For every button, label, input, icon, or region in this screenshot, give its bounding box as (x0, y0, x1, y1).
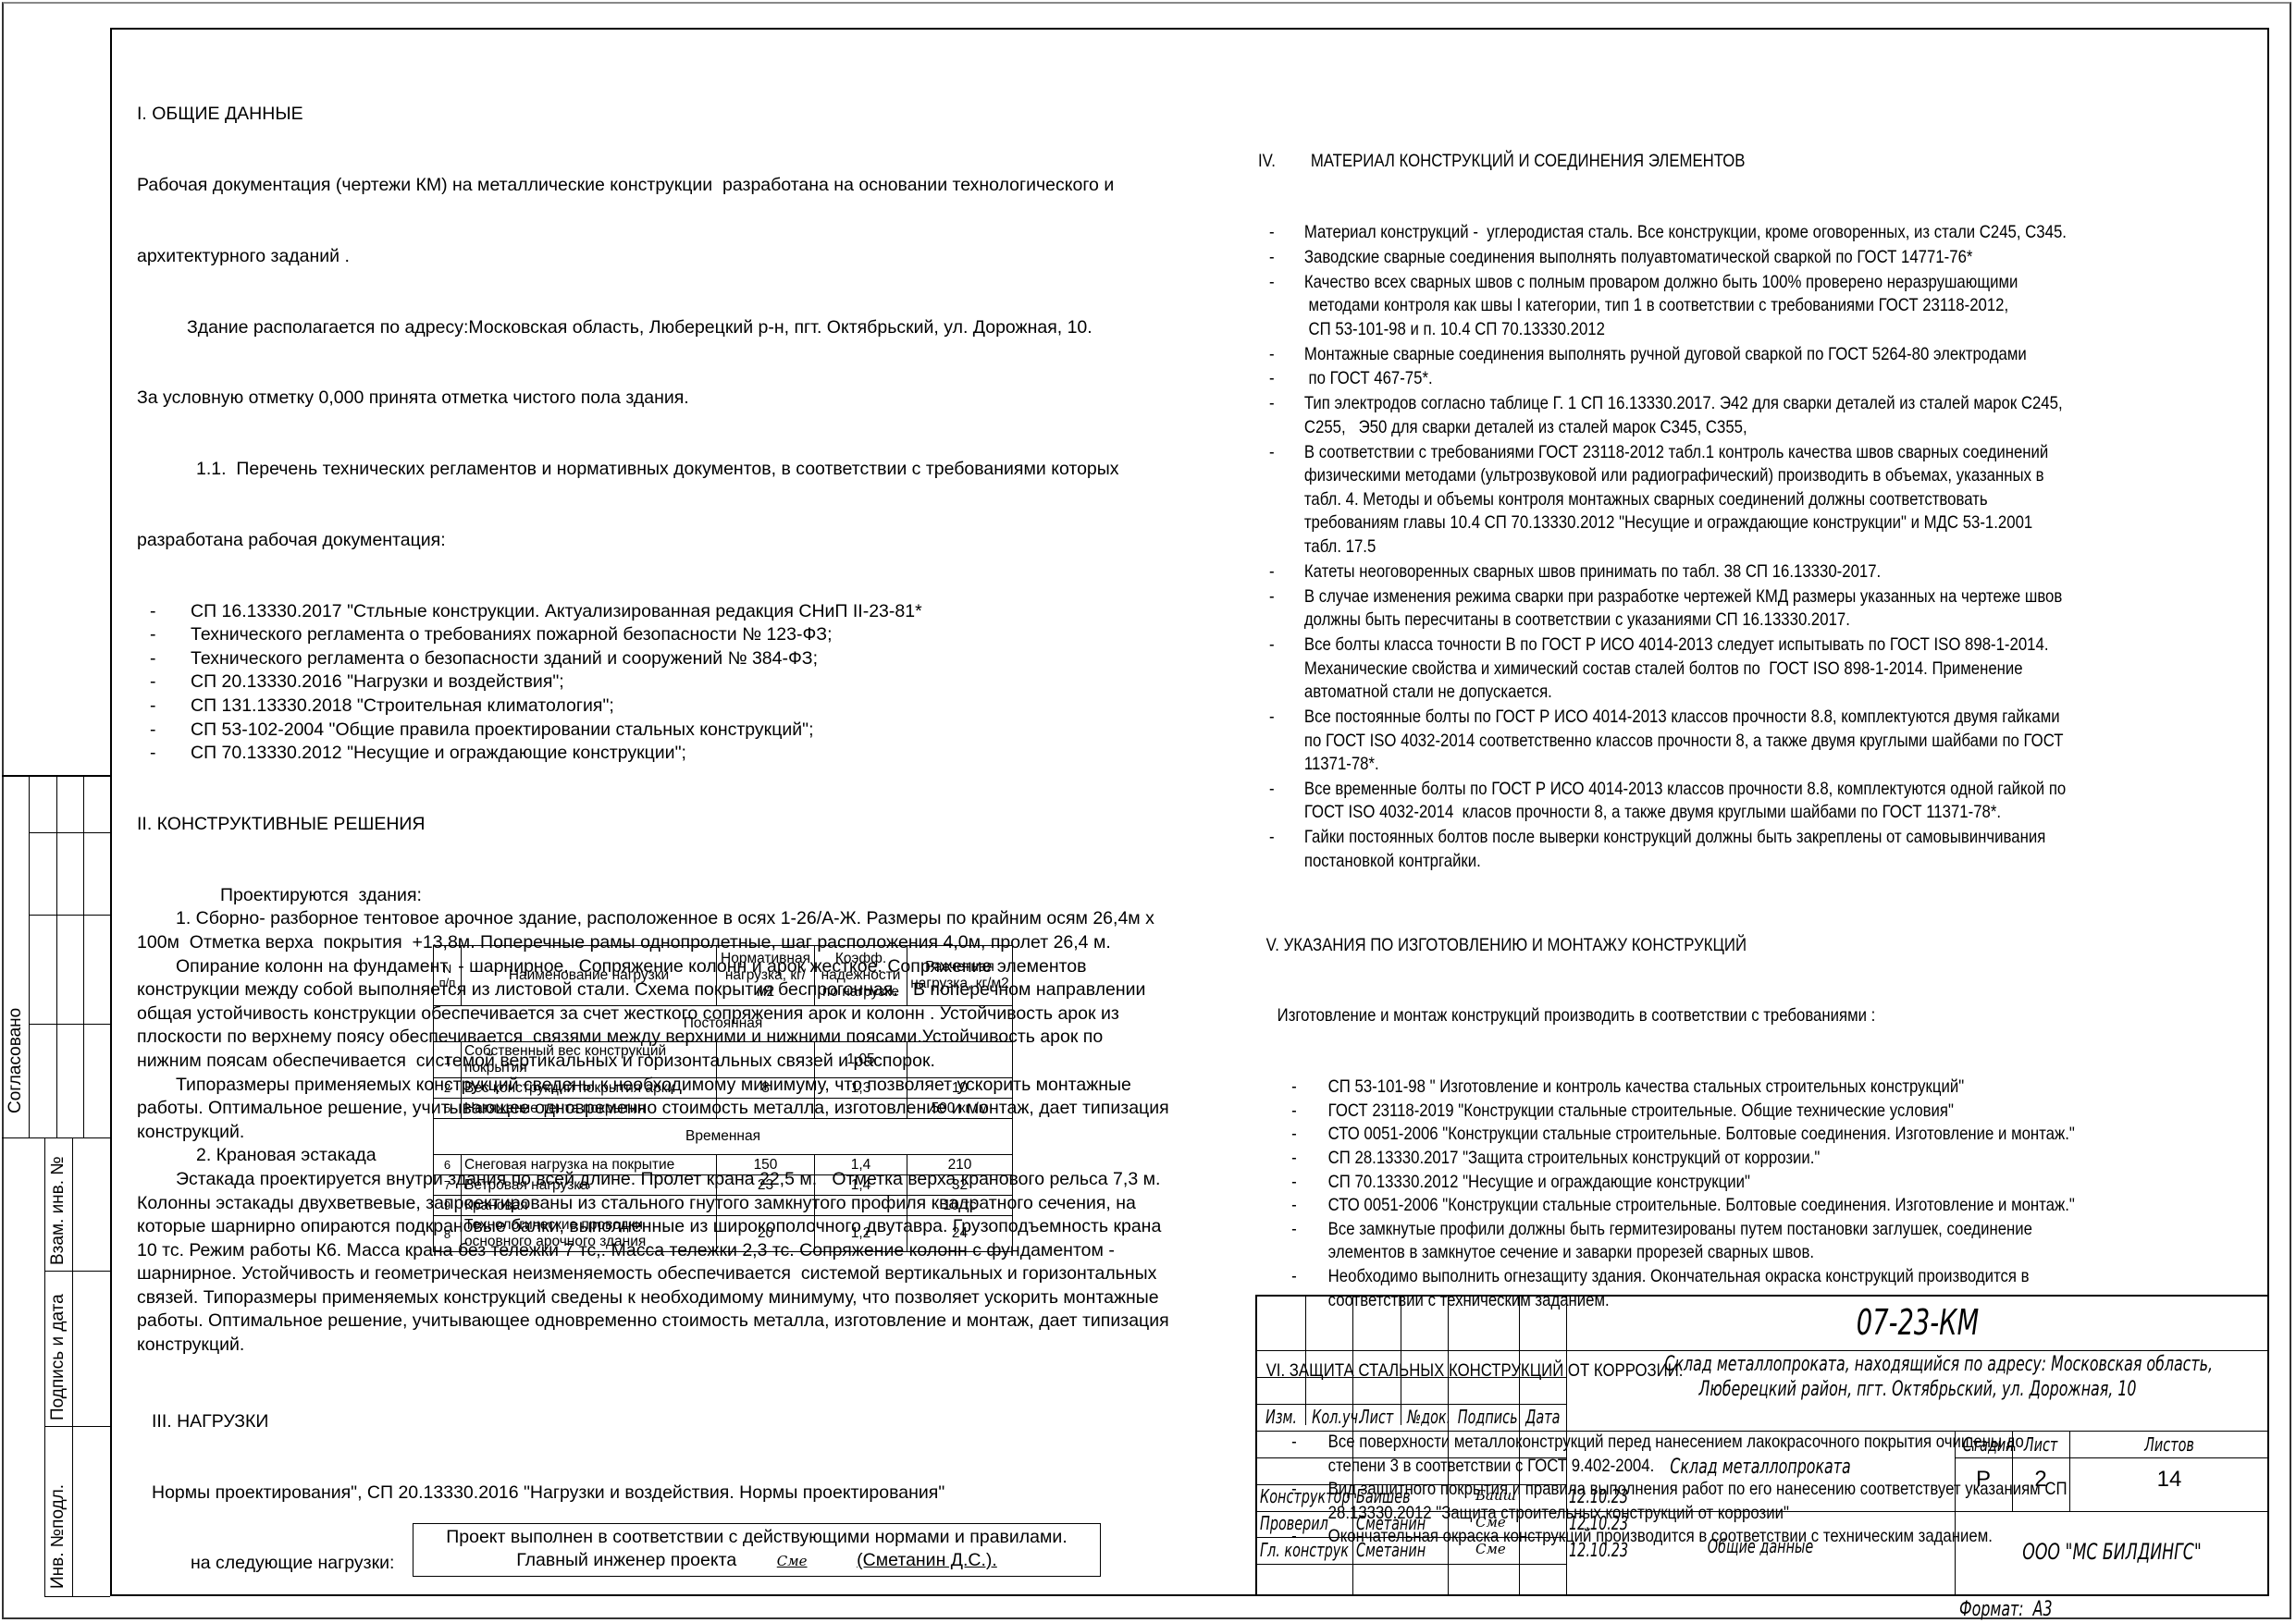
paragraph: 1.1. Перечень технических регламентов и … (137, 458, 1238, 482)
header-cell: N п/п (434, 946, 462, 1006)
cell-calc: 500 кг /м (907, 1099, 1013, 1119)
compliance-note: Проект выполнен в соответствии с действу… (413, 1523, 1101, 1577)
date: 12.10.23 (1569, 1512, 1628, 1534)
table-row: 9Крановая10 тс (434, 1196, 1013, 1216)
bullet-dash: - (1269, 585, 1275, 609)
inv-orig-label: Инв. №подл. (48, 1484, 68, 1589)
bullet-dash: - (1269, 441, 1275, 465)
cell-coef: 1,3 (815, 1078, 907, 1099)
sheets-label: Листов (2097, 1433, 2241, 1456)
cell-coef: 1,4 (815, 1175, 907, 1196)
group-label: Постоянная (434, 1006, 1013, 1042)
note-line: Проект выполнен в соответствии с действу… (414, 1526, 1100, 1549)
signature: Сме (777, 1553, 808, 1569)
paragraph: Нормы проектирования", СП 20.13330.2016 … (137, 1482, 1238, 1506)
list-item-continuation: методами контроля как швы I категории, т… (1258, 294, 2266, 318)
group-label: Временная (434, 1119, 1013, 1155)
paragraph: разработана рабочая документация: (137, 529, 1238, 553)
list-item: -СП 53-102-2004 "Общие правила проектиро… (137, 719, 1238, 743)
table-row: 1Собственный вес конструкций покрытия1,0… (434, 1042, 1013, 1078)
bullet-dash: - (1269, 633, 1275, 658)
cell-name: Снеговая нагрузка на покрытие (462, 1155, 717, 1175)
group-row: Постоянная (434, 1006, 1013, 1042)
cell-calc (907, 1042, 1013, 1078)
list-item: - по ГОСТ 467-75*. (1258, 367, 2266, 391)
cell-name: Крановая (462, 1196, 717, 1216)
bullet-dash: - (1269, 246, 1275, 270)
signature: Сме (1475, 1541, 1506, 1557)
paragraph: Здание располагается по адресу:Московска… (137, 316, 1238, 340)
paragraph-line: связей. Типоразмеры применяемых конструк… (137, 1286, 1238, 1310)
role: Проверил (1260, 1512, 1328, 1534)
stamp-col-header: Кол.уч. (1312, 1406, 1346, 1428)
list-item-continuation: должны быть пересчитаны в соответствии с… (1258, 609, 2266, 633)
list-item-continuation: табл. 4. Методы и объемы контроля монтаж… (1258, 488, 2266, 512)
bullet-dash: - (1269, 271, 1275, 295)
stage-value: Р (1955, 1467, 2012, 1493)
cell-name: Ветровая нагрузка (462, 1175, 717, 1196)
company-name: ООО "МС БИЛДИНГС" (1999, 1539, 2226, 1565)
header-cell: Расчетная нагрузка, кг/м2 (907, 946, 1013, 1006)
section-4-list: -Материал конструкций - углеродистая ста… (1258, 221, 2266, 873)
bullet-dash: - (1269, 343, 1275, 367)
cell-calc: 32 (907, 1175, 1013, 1196)
bullet-dash: - (1269, 706, 1275, 730)
bullet-dash: - (1291, 1194, 1297, 1218)
section-5-title: V. УКАЗАНИЯ ПО ИЗГОТОВЛЕНИЮ И МОНТАЖУ КО… (1258, 934, 2266, 958)
header-cell: Нормативная нагрузка, кг/м2 (717, 946, 815, 1006)
bullet-dash: - (150, 623, 156, 647)
list-item-continuation: по ГОСТ ISO 4032-2014 соответственно кла… (1258, 730, 2266, 754)
list-item: -СП 28.13330.2017 "Защита строительных к… (1258, 1147, 2266, 1171)
document-code: 07-23-КМ (1664, 1302, 2170, 1343)
paragraph-line: работы. Оптимальное решение, учитывающее… (137, 1309, 1238, 1334)
list-item-continuation: 11371-78*. (1258, 753, 2266, 777)
list-item: -СП 16.13330.2017 "Стльные конструкции. … (137, 600, 1238, 624)
bullet-dash: - (1291, 1171, 1297, 1195)
paragraph: архитектурного заданий . (137, 245, 1238, 269)
paragraph-line: шарнирное. Устойчивость и геометрическая… (137, 1262, 1238, 1286)
cell-name: Вес конструкций покрытия арки (462, 1078, 717, 1099)
cell-n: 1 (434, 1042, 462, 1078)
bullet-dash: - (1269, 392, 1275, 416)
table-row: 5Натяжение тента покрытия500 кг /м (434, 1099, 1013, 1119)
cell-calc: 10 (907, 1078, 1013, 1099)
list-item-continuation: табл. 17.5 (1258, 535, 2266, 559)
bullet-dash: - (1269, 367, 1275, 391)
list-item: -Монтажные сварные соединения выполнять … (1258, 343, 2266, 367)
sign-date-label: Подпись и дата (48, 1294, 68, 1420)
bullet-dash: - (1291, 1123, 1297, 1147)
stamp-col-header: Изм. (1264, 1406, 1298, 1428)
list-item-continuation: требованиям главы 10.4 СП 70.13330.2012 … (1258, 511, 2266, 535)
building-name: Склад металлопроката (1621, 1456, 1900, 1479)
list-item: -СП 70.13330.2012 "Несущие и ограждающие… (137, 742, 1238, 766)
cell-n: 5 (434, 1099, 462, 1119)
list-item: -СП 20.13330.2016 "Нагрузки и воздействи… (137, 670, 1238, 695)
section-1-title: I. ОБЩИЕ ДАННЫЕ (137, 103, 1238, 127)
list-item-continuation: элементов в замкнутое сечение и заварки … (1258, 1241, 2266, 1265)
cell-name: Собственный вес конструкций покрытия (462, 1042, 717, 1078)
stage-label: Стадия (1963, 1433, 2005, 1456)
header-cell: Наименование нагрузки (462, 946, 717, 1006)
table-header-row: N п/пНаименование нагрузкиНормативная на… (434, 946, 1013, 1006)
paragraph: Рабочая документация (чертежи КМ) на мет… (137, 174, 1238, 198)
table-row: 6Снеговая нагрузка на покрытие1501,4210 (434, 1155, 1013, 1175)
name: Баишев (1356, 1485, 1411, 1507)
cell-norm: 23 (717, 1175, 815, 1196)
paragraph-line: конструкций. (137, 1334, 1238, 1358)
bullet-dash: - (1291, 1147, 1297, 1171)
name: Сметанин (1356, 1539, 1426, 1561)
list-item: -Необходимо выполнить огнезащиту здания.… (1258, 1265, 2266, 1289)
paragraph-line: Проектируются здания: (137, 884, 1238, 908)
title-block: Изм.Кол.уч.Лист№док.ПодписьДата Конструк… (1255, 1295, 2269, 1596)
loads-table: N п/пНаименование нагрузкиНормативная на… (433, 945, 1013, 1252)
bullet-dash: - (1291, 1218, 1297, 1242)
bullet-dash: - (1269, 778, 1275, 802)
agreed-label: Согласовано (6, 1008, 26, 1113)
header-cell: Коэфф. надежности по нагрузке (815, 946, 907, 1006)
list-item: -Тип электродов согласно таблице Г. 1 СП… (1258, 392, 2266, 416)
list-item: -ГОСТ 23118-2019 "Конструкции стальные с… (1258, 1100, 2266, 1124)
list-item-continuation: С255, Э50 для сварки деталей из сталей м… (1258, 416, 2266, 440)
list-item: -Все постоянные болты по ГОСТ Р ИСО 4014… (1258, 706, 2266, 730)
list-item: -Катеты неоговоренных сварных швов прини… (1258, 560, 2266, 584)
bullet-dash: - (1269, 560, 1275, 584)
cell-n: 2 (434, 1078, 462, 1099)
list-item: -Все замкнутые профили должны быть герми… (1258, 1218, 2266, 1242)
list-item: -Технического регламента о безопасности … (137, 647, 1238, 671)
cell-coef: 1,2 (815, 1216, 907, 1252)
date: 12.10.23 (1569, 1539, 1628, 1561)
section-5-list: -СП 53-101-98 " Изготовление и контроль … (1258, 1076, 2266, 1312)
bullet-dash: - (150, 695, 156, 719)
list-item-continuation: физическими методами (ультрозвуковой или… (1258, 464, 2266, 488)
list-item-continuation: постановкой контргайки. (1258, 850, 2266, 874)
bullet-dash: - (1291, 1265, 1297, 1289)
sheet-count: 14 (2069, 1467, 2269, 1493)
stamp-col-header: Подпись (1458, 1406, 1509, 1428)
cell-name: Натяжение тента покрытия (462, 1099, 717, 1119)
list-item: -Все болты класса точности В по ГОСТ Р И… (1258, 633, 2266, 658)
sheet-number: 2 (2012, 1467, 2069, 1493)
group-row: Временная (434, 1119, 1013, 1155)
bullet-dash: - (1291, 1076, 1297, 1100)
list-item: -Гайки постоянных болтов после выверки к… (1258, 826, 2266, 850)
list-item: -СП 53-101-98 " Изготовление и контроль … (1258, 1076, 2266, 1100)
chief-engineer-line: Главный инженер проектаСме(Сметанин Д.С.… (414, 1549, 1100, 1573)
stamp-col-header: №док. (1407, 1406, 1441, 1428)
cell-coef: 1,4 (815, 1155, 907, 1175)
section-4-title: IV.МАТЕРИАЛ КОНСТРУКЦИЙ И СОЕДИНЕНИЯ ЭЛЕ… (1258, 150, 2266, 174)
bullet-dash: - (150, 742, 156, 766)
list-item: -Качество всех сварных швов с полным про… (1258, 271, 2266, 295)
list-item-continuation: автоматной стали не допускается. (1258, 681, 2266, 705)
role: Конструктор (1260, 1485, 1350, 1507)
role: Гл. конструк (1260, 1539, 1349, 1561)
list-item: -СТО 0051-2006 "Конструкции стальные стр… (1258, 1194, 2266, 1218)
cell-norm (717, 1042, 815, 1078)
section-2-title: II. КОНСТРУКТИВНЫЕ РЕШЕНИЯ (137, 813, 1238, 837)
list-item: -СТО 0051-2006 "Конструкции стальные стр… (1258, 1123, 2266, 1147)
sheet-title: Общие данные (1621, 1535, 1900, 1557)
cell-norm (717, 1099, 815, 1119)
normative-list: -СП 16.13330.2017 "Стльные конструкции. … (137, 600, 1238, 766)
cell-name: Технологические проводки основного арочн… (462, 1216, 717, 1252)
cell-n: 7 (434, 1175, 462, 1196)
paragraph: Изготовление и монтаж конструкций произв… (1258, 1004, 2266, 1028)
cell-norm: 150 (717, 1155, 815, 1175)
signature: Сме (1475, 1514, 1506, 1531)
cell-coef (815, 1196, 907, 1216)
list-item: -СП 70.13330.2012 "Несущие и ограждающие… (1258, 1171, 2266, 1195)
bullet-dash: - (150, 647, 156, 671)
paragraph-line: 1. Сборно- разборное тентовое арочное зд… (137, 907, 1238, 931)
list-item-continuation: Механические свойства и химический соста… (1258, 658, 2266, 682)
cell-calc: 24 (907, 1216, 1013, 1252)
list-item: -СП 131.13330.2018 "Строительная климато… (137, 695, 1238, 719)
signature: Бaиш (1475, 1487, 1516, 1504)
bullet-dash: - (150, 670, 156, 695)
paragraph: За условную отметку 0,000 принята отметк… (137, 387, 1238, 411)
bullet-dash: - (1269, 826, 1275, 850)
object-title: Склад металлопроката, находящийся по адр… (1566, 1352, 2269, 1402)
stamp-col-header: Дата (1525, 1406, 1560, 1428)
cell-n: 8 (434, 1216, 462, 1252)
name: Сметанин (1356, 1512, 1426, 1534)
bullet-dash: - (1269, 221, 1275, 245)
table-row: 8Технологические проводки основного ароч… (434, 1216, 1013, 1252)
date: 12.10.23 (1569, 1485, 1628, 1507)
cell-coef: 1,05 (815, 1042, 907, 1078)
section-3-title: III. НАГРУЗКИ (137, 1410, 1238, 1434)
sheet-label: Лист (2020, 1433, 2062, 1456)
cell-norm (717, 1196, 815, 1216)
cell-coef (815, 1099, 907, 1119)
list-item: -В случае изменения режима сварки при ра… (1258, 585, 2266, 609)
bullet-dash: - (150, 719, 156, 743)
list-item: -Технического регламента о требованиях п… (137, 623, 1238, 647)
list-item: -В соответствии с требованиями ГОСТ 2311… (1258, 441, 2266, 465)
cell-norm: 8 (717, 1078, 815, 1099)
side-strip: Согласовано Взам. инв. № Подпись и дата … (2, 775, 110, 1596)
bullet-dash: - (150, 600, 156, 624)
bullet-dash: - (1291, 1100, 1297, 1124)
cell-calc: 10 тс (907, 1196, 1013, 1216)
list-item-continuation: СП 53-101-98 и п. 10.4 СП 70.13330.2012 (1258, 318, 2266, 342)
list-item: -Все временные болты по ГОСТ Р ИСО 4014-… (1258, 778, 2266, 802)
left-column: I. ОБЩИЕ ДАННЫЕ Рабочая документация (че… (137, 55, 1238, 1600)
cell-n: 6 (434, 1155, 462, 1175)
cell-norm: 20 (717, 1216, 815, 1252)
table-row: 2Вес конструкций покрытия арки81,310 (434, 1078, 1013, 1099)
cell-n: 9 (434, 1196, 462, 1216)
replace-inv-label: Взам. инв. № (48, 1156, 68, 1265)
stamp-col-header: Лист (1359, 1406, 1393, 1428)
cell-calc: 210 (907, 1155, 1013, 1175)
list-item: -Заводские сварные соединения выполнять … (1258, 246, 2266, 270)
table-row: 7Ветровая нагрузка231,432 (434, 1175, 1013, 1196)
list-item: -Материал конструкций - углеродистая ста… (1258, 221, 2266, 245)
list-item-continuation: ГОСТ ISO 4032-2014 класов прочности 8, а… (1258, 801, 2266, 825)
sheet-format: Формат: А3 (1959, 1598, 2053, 1621)
